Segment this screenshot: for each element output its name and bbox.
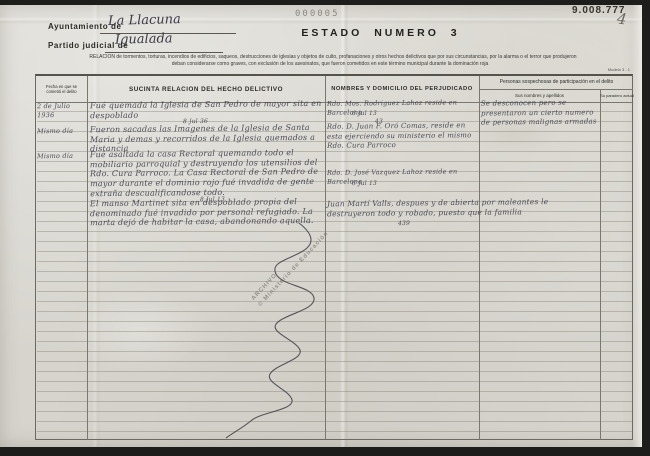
entry-row4-nombres-note: 439 <box>398 219 410 229</box>
entry-row3-hecho: Fué asaltada la casa Rectoral quemando t… <box>90 148 322 199</box>
entry-row2-nombres: Rdo. D. Juan F. Oró Comas, reside en est… <box>327 121 477 151</box>
entry-row4-nombres: Juan Martí Valls, despues y de abierta p… <box>327 197 585 219</box>
entry-row1-nombres: Rdo. Mos. Rodriguez Lahoz reside en Barc… <box>327 98 477 118</box>
entry-row1-fecha: 2 de Julio 1936 <box>37 102 85 121</box>
scan-edge-top <box>0 0 650 5</box>
column-divider-1 <box>87 76 88 440</box>
header-personas: Personas sospechosas de participación en… <box>479 76 634 89</box>
entry-row3-nombres-note: 6 Jul 13 <box>352 179 377 189</box>
entry-row3-fecha: Mismo día <box>37 152 73 161</box>
scan-edge-bottom <box>0 447 650 456</box>
page-number-pencil: 4 <box>616 9 628 28</box>
entry-row3-nombres: Rdo. D. José Vazquez Lahoz reside en Bar… <box>327 167 477 187</box>
model-footnote: Modelo 3 - 1 <box>575 67 630 72</box>
header-hecho: SUCINTA RELACION DEL HECHO DELICTIVO <box>87 76 325 102</box>
paper-right-edge <box>632 5 642 447</box>
partido-judicial-value: Igualada <box>115 31 173 48</box>
relacion-paragraph-line2: deban considerarse como graves, con excl… <box>80 61 580 68</box>
column-divider-2 <box>325 76 326 440</box>
entry-row1-nombres-note: 6 Jul 13 <box>352 109 377 119</box>
scanned-document: Ayuntamiento de La Llacuna Partido judic… <box>0 0 650 456</box>
entry-row4-hecho: El manso Martinet sita en despoblado pro… <box>90 197 322 229</box>
document-number-stamp: 000005 <box>295 9 340 19</box>
column-divider-3 <box>479 76 480 440</box>
column-divider-4 <box>600 89 601 440</box>
entry-row2-fecha: Mismo día <box>37 127 73 136</box>
ayuntamiento-value: La Llacuna <box>108 12 181 29</box>
entry-row1-sospechosos: Se desconocen pero se presentaron un cie… <box>481 98 597 128</box>
header-sub-paradero: Su paradero actual <box>600 89 634 102</box>
header-fecha-line2: cometió el delito <box>46 89 76 94</box>
partido-underline <box>105 51 223 53</box>
scan-edge-right <box>642 0 650 456</box>
form-title: ESTADO NUMERO 3 <box>278 27 483 39</box>
relacion-paragraph-line1: RELACION de tormentos, torturas, incendi… <box>33 54 633 61</box>
header-fecha: Fecha en que se cometió el delito <box>36 76 87 102</box>
paper-sheet: Ayuntamiento de La Llacuna Partido judic… <box>0 5 642 447</box>
